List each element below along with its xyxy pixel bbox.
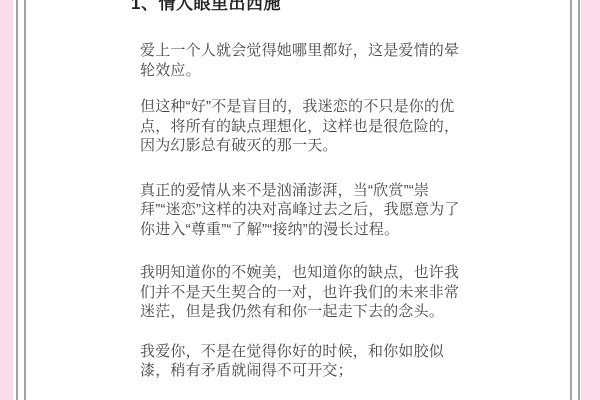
right-outer-border-line	[578, 0, 580, 400]
article-title: 1、情人眼里出西施	[131, 0, 462, 15]
article-paragraph-5: 我爱你，不是在觉得你好的时候，和你如胶似漆，稍有矛盾就闹得不可开交；	[140, 342, 462, 381]
left-pink-margin-band	[0, 0, 13, 400]
left-inner-border-line	[24, 0, 26, 400]
article-paragraph-4: 我明知道你的不婉美，也知道你的缺点，也许我们并不是天生契合的一对，也许我们的未来…	[140, 263, 462, 322]
article-paragraph-2: 但这种“好”不是盲目的，我迷恋的不只是你的优点，将所有的缺点理想化，这样也是很危…	[140, 97, 462, 156]
article-content: 1、情人眼里出西施 爱上一个人就会觉得她哪里都好，这是爱情的晕轮效应。 但这种“…	[140, 0, 462, 381]
right-inner-border-line	[570, 0, 572, 400]
right-pink-margin-band	[581, 0, 600, 400]
article-paragraph-3: 真正的爱情从来不是汹涌澎湃，当“欣赏”“崇拜”“迷恋”这样的决对高峰过去之后，我…	[140, 181, 462, 240]
article-paragraph-1: 爱上一个人就会觉得她哪里都好，这是爱情的晕轮效应。	[140, 41, 462, 80]
article-page: 1、情人眼里出西施 爱上一个人就会觉得她哪里都好，这是爱情的晕轮效应。 但这种“…	[0, 0, 600, 400]
left-outer-border-line	[16, 0, 18, 400]
